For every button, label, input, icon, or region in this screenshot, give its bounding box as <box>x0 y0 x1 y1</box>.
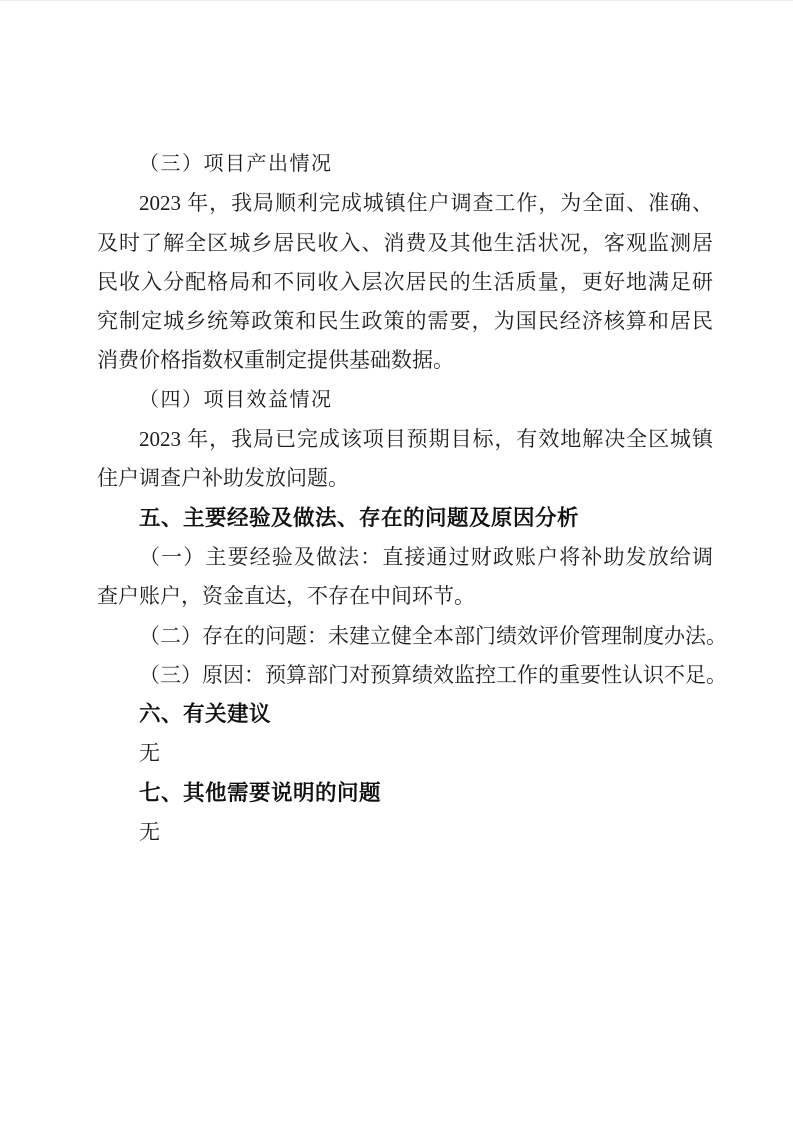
paragraph-line: （三）原因：预算部门对预算绩效监控工作的重要性认识不足。 <box>97 656 713 695</box>
paragraph-line: 无 <box>97 734 713 773</box>
paragraph-line: 无 <box>97 813 713 852</box>
paragraph-line: 及时了解全区城乡居民收入、消费及其他生活状况，客观监测居 <box>97 224 713 263</box>
paragraph-line: 2023 年，我局顺利完成城镇住户调查工作，为全面、准确、 <box>97 184 713 223</box>
paragraph-line: 2023 年，我局已完成该项目预期目标，有效地解决全区城镇 <box>97 420 713 459</box>
document-body: （三）项目产出情况2023 年，我局顺利完成城镇住户调查工作，为全面、准确、及时… <box>97 145 713 852</box>
section-heading: 五、主要经验及做法、存在的问题及原因分析 <box>97 499 713 538</box>
page-top-edge <box>0 0 793 1</box>
document-page: { "page": { "background": "#ffffff", "te… <box>0 0 793 1122</box>
subsection-heading: （三）项目产出情况 <box>97 145 713 184</box>
paragraph-line: 民收入分配格局和不同收入层次居民的生活质量，更好地满足研 <box>97 263 713 302</box>
paragraph-line: （一）主要经验及做法：直接通过财政账户将补助发放给调 <box>97 538 713 577</box>
paragraph-line: （二）存在的问题：未建立健全本部门绩效评价管理制度办法。 <box>97 617 713 656</box>
paragraph-line: 住户调查户补助发放问题。 <box>97 459 713 498</box>
paragraph-line: 究制定城乡统筹政策和民生政策的需要，为国民经济核算和居民 <box>97 302 713 341</box>
section-heading: 六、有关建议 <box>97 695 713 734</box>
subsection-heading: （四）项目效益情况 <box>97 381 713 420</box>
paragraph-line: 查户账户，资金直达，不存在中间环节。 <box>97 577 713 616</box>
section-heading: 七、其他需要说明的问题 <box>97 774 713 813</box>
paragraph-line: 消费价格指数权重制定提供基础数据。 <box>97 341 713 380</box>
